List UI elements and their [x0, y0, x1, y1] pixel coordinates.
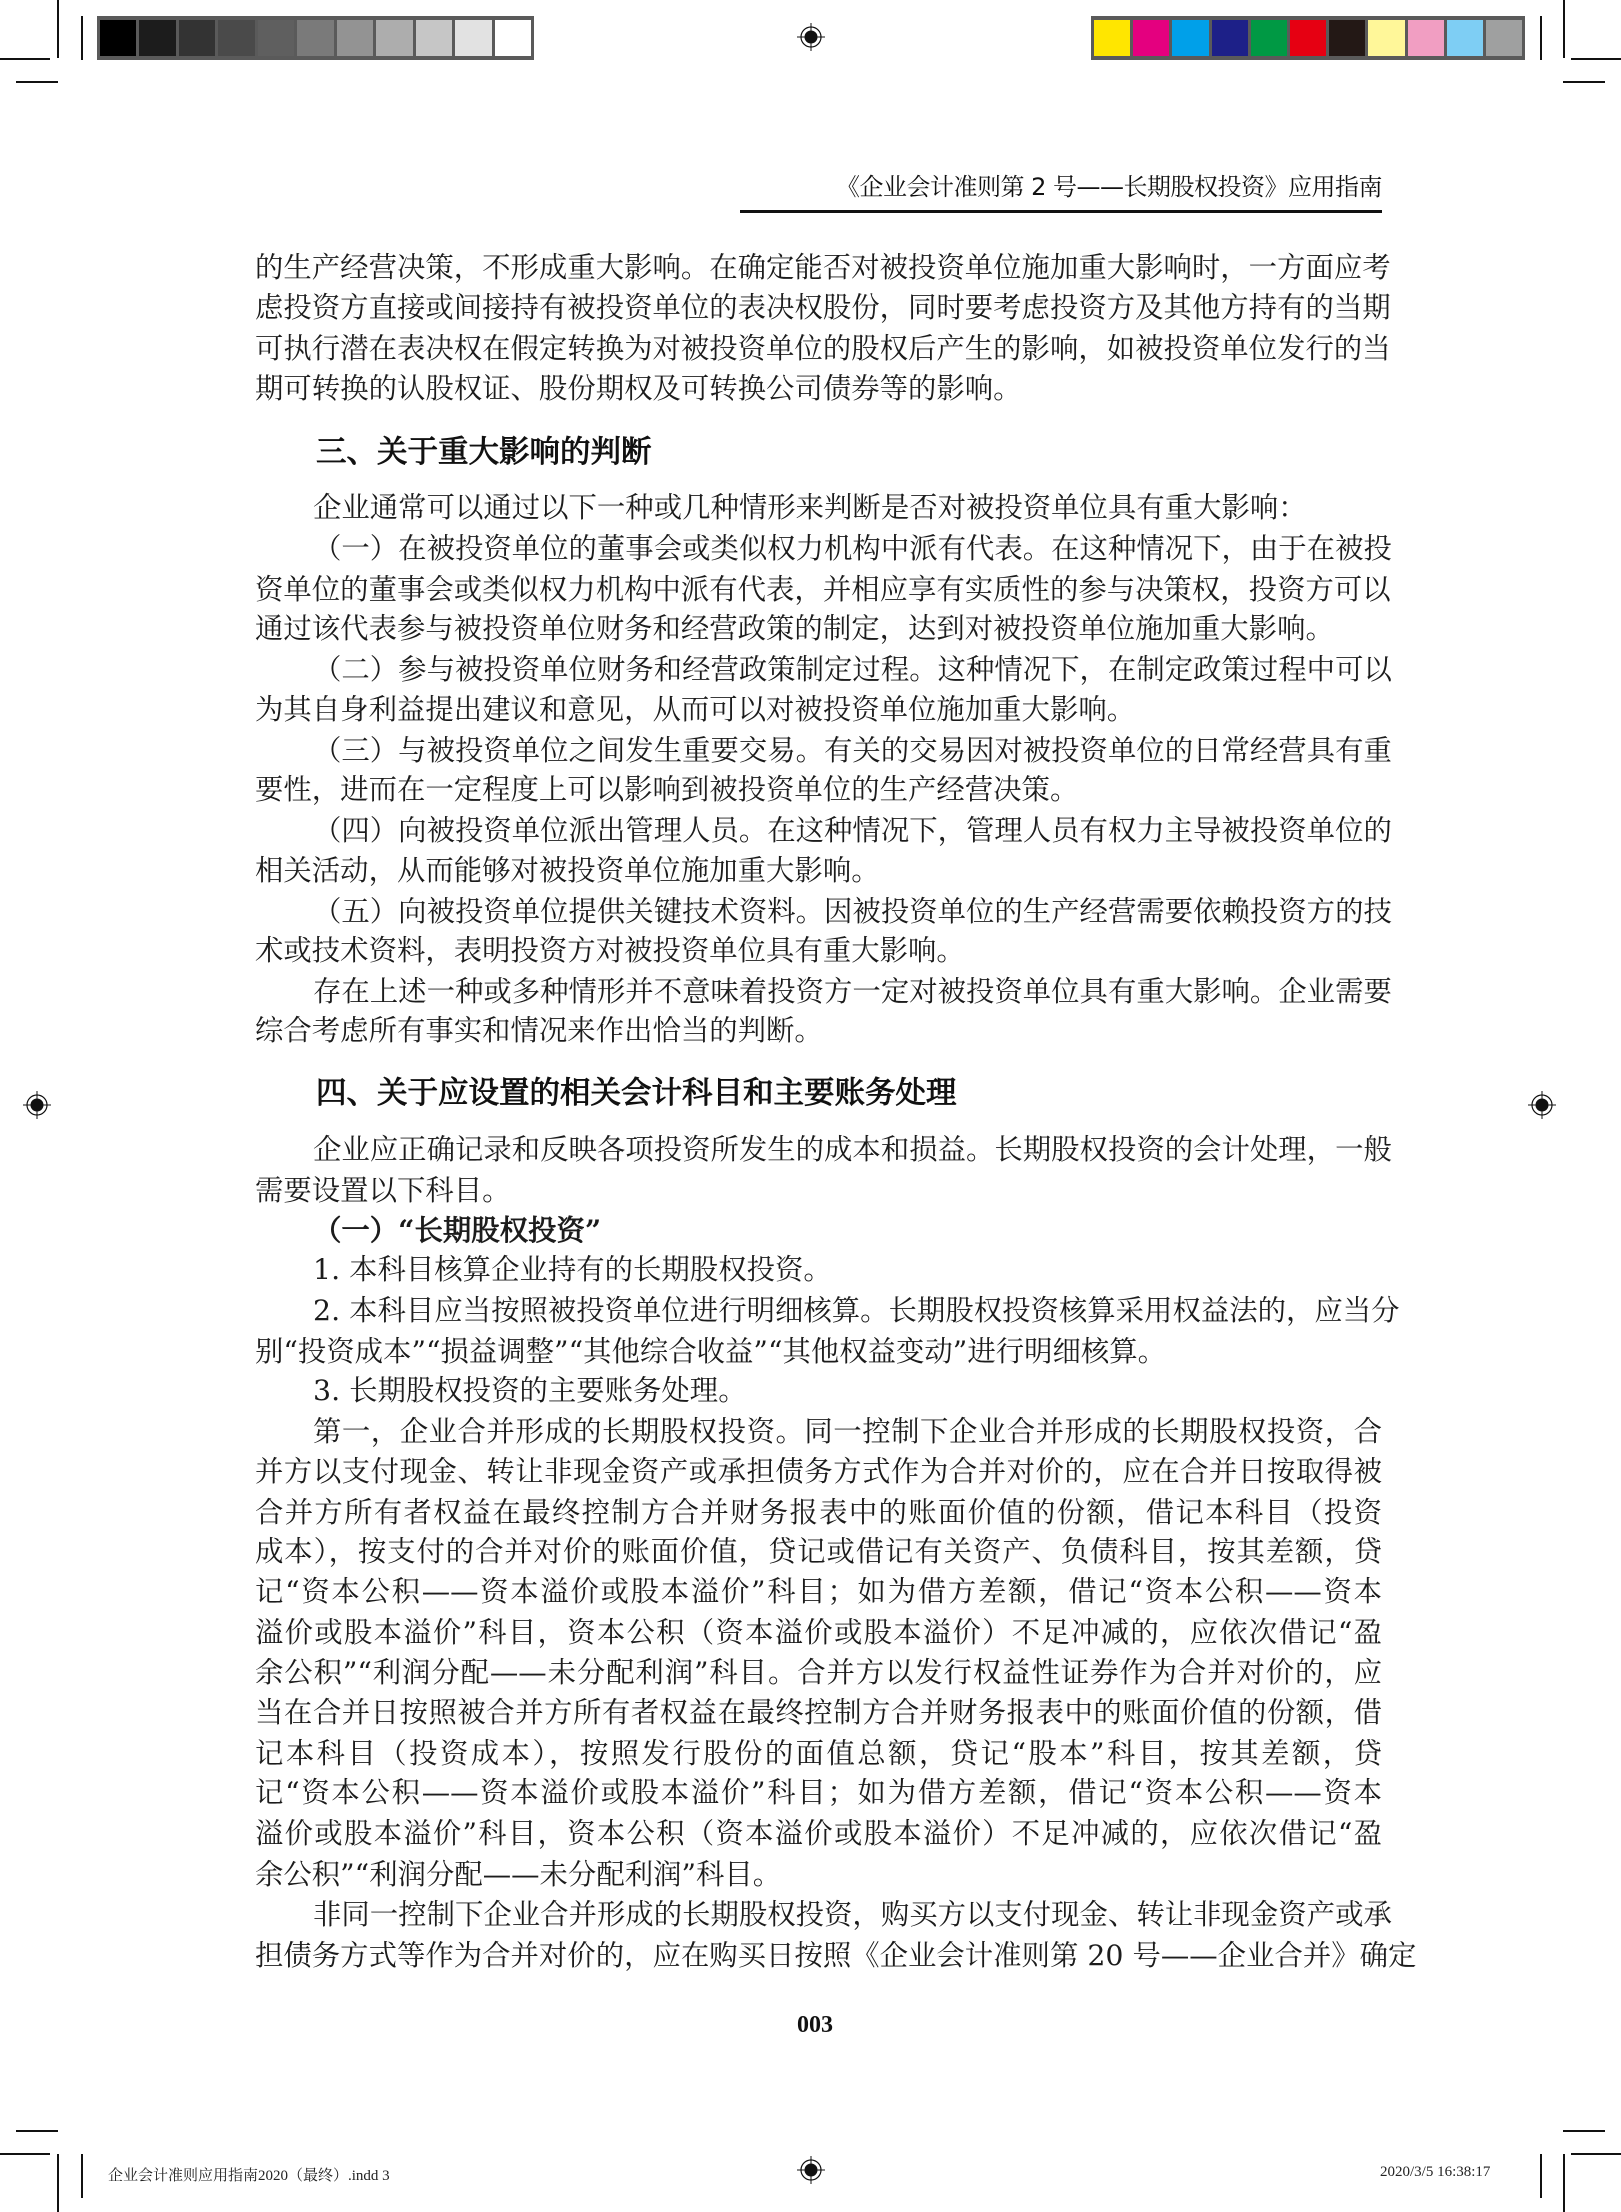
crop-mark	[57, 0, 59, 58]
text-line: （四）向被投资单位派出管理人员。在这种情况下，管理人员有权力主导被投资单位的	[313, 814, 1382, 848]
crop-mark	[1571, 2153, 1621, 2155]
color-swatch	[1486, 20, 1522, 56]
crop-mark	[0, 58, 50, 60]
registration-mark-icon	[796, 2155, 826, 2185]
color-swatch	[1133, 20, 1169, 56]
text-line: 要性，进而在一定程度上可以影响到被投资单位的生产经营决策。	[255, 773, 1382, 807]
gray-swatch	[376, 20, 412, 56]
color-calibration-bar	[1091, 16, 1525, 60]
gray-swatch	[139, 20, 175, 56]
color-swatch	[1290, 20, 1326, 56]
text-line: 3. 长期股权投资的主要账务处理。	[313, 1374, 1382, 1408]
crop-mark	[1571, 58, 1621, 60]
text-line: 非同一控制下企业合并形成的长期股权投资，购买方以支付现金、转让非现金资产或承	[313, 1898, 1382, 1932]
text-line: 相关活动，从而能够对被投资单位施加重大影响。	[255, 854, 1382, 888]
crop-mark	[1563, 81, 1605, 83]
text-line: 资单位的董事会或类似权力机构中派有代表，并相应享有实质性的参与决策权，投资方可以	[255, 573, 1382, 607]
text-line: 需要设置以下科目。	[255, 1174, 1382, 1208]
color-swatch	[1251, 20, 1287, 56]
crop-mark	[1540, 16, 1542, 60]
text-line: 存在上述一种或多种情形并不意味着投资方一定对被投资单位具有重大影响。企业需要	[313, 975, 1382, 1009]
text-line: 溢价或股本溢价”科目，资本公积（资本溢价或股本溢价）不足冲减的，应依次借记“盈	[255, 1616, 1382, 1650]
crop-mark	[1563, 0, 1565, 58]
running-head: 《企业会计准则第 2 号——长期股权投资》应用指南	[740, 172, 1382, 202]
text-line: 1. 本科目核算企业持有的长期股权投资。	[313, 1253, 1382, 1287]
gray-swatch	[179, 20, 215, 56]
text-line: 第一，企业合并形成的长期股权投资。同一控制下企业合并形成的长期股权投资，合	[313, 1415, 1382, 1449]
text-line: 记本科目（投资成本），按照发行股份的面值总额，贷记“股本”科目，按其差额，贷	[255, 1737, 1382, 1771]
page-number: 003	[760, 2012, 870, 2039]
text-line: 通过该代表参与被投资单位财务和经营政策的制定，达到对被投资单位施加重大影响。	[255, 612, 1382, 646]
text-line: 为其自身利益提出建议和意见，从而可以对被投资单位施加重大影响。	[255, 693, 1382, 727]
gray-swatch	[416, 20, 452, 56]
color-swatch	[1094, 20, 1130, 56]
text-line: （一）在被投资单位的董事会或类似权力机构中派有代表。在这种情况下，由于在被投	[313, 532, 1382, 566]
text-line: （一）“长期股权投资”	[313, 1213, 1382, 1247]
text-line: 虑投资方直接或间接持有被投资单位的表决权股份，同时要考虑投资方及其他方持有的当期	[255, 291, 1382, 325]
text-line: 术或技术资料，表明投资方对被投资单位具有重大影响。	[255, 934, 1382, 968]
color-swatch	[1368, 20, 1404, 56]
text-line: 的生产经营决策，不形成重大影响。在确定能否对被投资单位施加重大影响时，一方面应考	[255, 251, 1382, 285]
text-line: 余公积”“利润分配——未分配利润”科目。	[255, 1858, 1382, 1892]
running-head-rule	[740, 210, 1382, 213]
text-line: （三）与被投资单位之间发生重要交易。有关的交易因对被投资单位的日常经营具有重	[313, 734, 1382, 768]
text-line: 企业应正确记录和反映各项投资所发生的成本和损益。长期股权投资的会计处理，一般	[313, 1133, 1382, 1167]
text-line: 2. 本科目应当按照被投资单位进行明细核算。长期股权投资核算采用权益法的，应当分	[313, 1294, 1382, 1328]
text-line: 当在合并日按照被合并方所有者权益在最终控制方合并财务报表中的账面价值的份额，借	[255, 1696, 1382, 1730]
slug-timestamp: 2020/3/5 16:38:17	[1380, 2164, 1490, 2181]
color-swatch	[1172, 20, 1208, 56]
text-line: 记“资本公积——资本溢价或股本溢价”科目；如为借方差额，借记“资本公积——资本	[255, 1575, 1382, 1609]
crop-mark	[0, 2153, 50, 2155]
text-line: （二）参与被投资单位财务和经营政策制定过程。这种情况下，在制定政策过程中可以	[313, 653, 1382, 687]
section-heading: 三、关于重大影响的判断	[316, 434, 652, 472]
crop-mark	[16, 81, 58, 83]
gray-swatch	[297, 20, 333, 56]
grayscale-calibration-bar	[97, 16, 534, 60]
registration-mark-icon	[22, 1090, 52, 1120]
crop-mark	[1563, 2130, 1605, 2132]
text-line: 溢价或股本溢价”科目，资本公积（资本溢价或股本溢价）不足冲减的，应依次借记“盈	[255, 1817, 1382, 1851]
text-line: 记“资本公积——资本溢价或股本溢价”科目；如为借方差额，借记“资本公积——资本	[255, 1776, 1382, 1810]
slug-filename: 企业会计准则应用指南2020（最终）.indd 3	[108, 2164, 390, 2185]
text-line: 成本），按支付的合并对价的账面价值，贷记或借记有关资产、负债科目，按其差额，贷	[255, 1535, 1382, 1569]
registration-mark-icon	[796, 22, 826, 52]
gray-swatch	[337, 20, 373, 56]
gray-swatch	[258, 20, 294, 56]
gray-swatch	[218, 20, 254, 56]
text-line: 综合考虑所有事实和情况来作出恰当的判断。	[255, 1014, 1382, 1048]
crop-mark	[57, 2154, 59, 2212]
crop-mark	[81, 2154, 83, 2198]
color-swatch	[1408, 20, 1444, 56]
crop-mark	[1563, 2154, 1565, 2212]
text-line: （五）向被投资单位提供关键技术资料。因被投资单位的生产经营需要依赖投资方的技	[313, 895, 1382, 929]
text-line: 期可转换的认股权证、股份期权及可转换公司债券等的影响。	[255, 372, 1382, 406]
crop-mark	[1540, 2154, 1542, 2198]
gray-swatch	[455, 20, 491, 56]
text-line: 企业通常可以通过以下一种或几种情形来判断是否对被投资单位具有重大影响：	[313, 491, 1382, 525]
color-swatch	[1447, 20, 1483, 56]
gray-swatch	[495, 20, 531, 56]
text-line: 余公积”“利润分配——未分配利润”科目。合并方以发行权益性证券作为合并对价的，应	[255, 1656, 1382, 1690]
text-line: 担债务方式等作为合并对价的，应在购买日按照《企业会计准则第 20 号——企业合并…	[255, 1939, 1382, 1973]
registration-mark-icon	[1527, 1090, 1557, 1120]
text-line: 别“投资成本”“损益调整”“其他综合收益”“其他权益变动”进行明细核算。	[255, 1335, 1382, 1369]
color-swatch	[1212, 20, 1248, 56]
section-heading: 四、关于应设置的相关会计科目和主要账务处理	[316, 1075, 957, 1113]
color-swatch	[1329, 20, 1365, 56]
text-line: 合并方所有者权益在最终控制方合并财务报表中的账面价值的份额，借记本科目（投资	[255, 1496, 1382, 1530]
gray-swatch	[100, 20, 136, 56]
text-line: 并方以支付现金、转让非现金资产或承担债务方式作为合并对价的，应在合并日按取得被	[255, 1455, 1382, 1489]
text-line: 可执行潜在表决权在假定转换为对被投资单位的股权后产生的影响，如被投资单位发行的当	[255, 332, 1382, 366]
crop-mark	[16, 2130, 58, 2132]
crop-mark	[81, 16, 83, 60]
